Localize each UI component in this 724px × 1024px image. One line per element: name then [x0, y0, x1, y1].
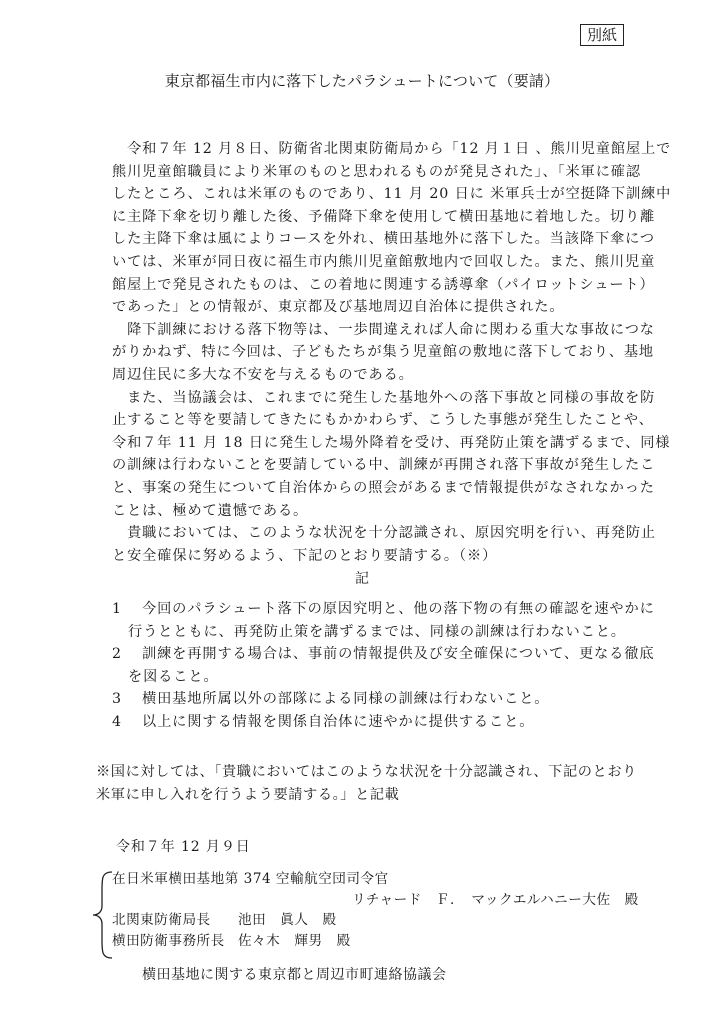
- body-line: ことは、極めて遺憾である。: [112, 500, 642, 523]
- body-line: に主降下傘を切り離した後、予備降下傘を使用して横田基地に着地した。切り離: [112, 206, 642, 229]
- request-text: 今回のパラシュート落下の原因究明と、他の落下物の有無の確認を速やかに: [142, 601, 655, 617]
- body-line: であった」との情報が、東京都及び基地周辺自治体に提供された。: [112, 296, 642, 319]
- recipient-2-title: 北関東防衛局長: [112, 912, 211, 928]
- body-line: の訓練は行わないことを要請している中、訓練が再開され落下事故が発生したこ: [112, 454, 642, 477]
- request-item-1: 1今回のパラシュート落下の原因究明と、他の落下物の有無の確認を速やかに: [112, 598, 642, 621]
- body-line: と安全確保に努めるよう、下記のとおり要請する。（※）: [112, 545, 642, 568]
- ki-heading: 記: [0, 568, 724, 588]
- recipients-block: 在日米軍横田基地第 374 空輸航空団司令官 リチャード Ｆ． マックエルハニー…: [112, 869, 652, 951]
- issue-date: 令和７年 12 月９日: [116, 836, 251, 856]
- sender-organization: 横田基地に関する東京都と周辺市町連絡協議会: [142, 964, 447, 984]
- body-line: 熊川児童館職員により米軍のものと思われるものが発見された」、「米軍に確認: [112, 161, 642, 184]
- request-text: 横田基地所属以外の部隊による同様の訓練は行わないこと。: [142, 691, 549, 707]
- body-line: 止すること等を要請してきたにもかかわらず、こうした事態が発生したことや、: [112, 409, 642, 432]
- body-line: 館屋上で発見されたものは、この着地に関連する誘導傘（パイロットシュート）: [112, 274, 642, 297]
- request-number: 3: [112, 688, 142, 711]
- request-text: 訓練を再開する場合は、事前の情報提供及び安全確保について、更なる徹底: [142, 646, 654, 662]
- body-line: 周辺住民に多大な不安を与えるものである。: [112, 364, 642, 387]
- recipient-3-name: 佐々木 輝男 殿: [238, 931, 351, 952]
- request-number: 1: [112, 598, 142, 621]
- body-text: 令和７年 12 月８日、防衛省北関東防衛局から「12 月１日 、熊川児童館屋上で…: [112, 138, 642, 567]
- recipient-3: 横田防衛事務所長 佐々木 輝男 殿: [112, 931, 652, 952]
- recipient-1-name: リチャード Ｆ． マックエルハニー大佐 殿: [112, 890, 652, 911]
- body-line: 貴職においては、このような状況を十分認識され、原因究明を行い、再発防止: [112, 522, 642, 545]
- document-title: 東京都福生市内に落下したパラシュートについて（要請）: [0, 70, 724, 91]
- footnote-line: 米軍に申し入れを行うよう要請する。」と記載: [96, 784, 656, 807]
- body-line: がりかねず、特に今回は、子どもたちが集う児童館の敷地に落下しており、基地: [112, 341, 642, 364]
- request-item-4: 4以上に関する情報を関係自治体に速やかに提供すること。: [112, 711, 642, 734]
- body-line: と、事案の発生について自治体からの照会があるまで情報提供がなされなかった: [112, 477, 642, 500]
- body-line: いては、米軍が同日夜に福生市内熊川児童館敷地内で回収した。また、熊川児童: [112, 251, 642, 274]
- document-page: 別紙 東京都福生市内に落下したパラシュートについて（要請） 令和７年 12 月８…: [0, 0, 724, 1024]
- footnote-line: ※国に対しては、「貴職においてはこのような状況を十分認識され、下記のとおり: [96, 761, 656, 784]
- recipient-3-title: 横田防衛事務所長: [112, 933, 225, 949]
- request-item-2: 2訓練を再開する場合は、事前の情報提供及び安全確保について、更なる徹底: [112, 643, 642, 666]
- body-line: また、当協議会は、これまでに発生した基地外への落下事故と同様の事故を防: [112, 387, 642, 410]
- attachment-label: 別紙: [580, 24, 624, 46]
- recipient-1-title: 在日米軍横田基地第 374 空輸航空団司令官: [112, 869, 652, 890]
- recipient-2-name: 池田 眞人 殿: [238, 910, 337, 931]
- request-number: 4: [112, 711, 142, 734]
- request-list: 1今回のパラシュート落下の原因究明と、他の落下物の有無の確認を速やかに 行うとと…: [112, 598, 642, 734]
- body-line: 降下訓練における落下物等は、一歩間違えれば人命に関わる重大な事故につな: [112, 319, 642, 342]
- request-item-3: 3横田基地所属以外の部隊による同様の訓練は行わないこと。: [112, 688, 642, 711]
- footnote: ※国に対しては、「貴職においてはこのような状況を十分認識され、下記のとおり 米軍…: [96, 761, 656, 806]
- curly-brace-icon: [92, 870, 114, 960]
- request-text: 以上に関する情報を関係自治体に速やかに提供すること。: [142, 714, 534, 730]
- body-line: 令和７年 12 月８日、防衛省北関東防衛局から「12 月１日 、熊川児童館屋上で: [112, 138, 642, 161]
- request-item-2-cont: を図ること。: [112, 666, 642, 689]
- recipient-2: 北関東防衛局長 池田 眞人 殿: [112, 910, 652, 931]
- body-line: 令和７年 11 月 18 日に発生した場外降着を受け、再発防止策を講ずるまで、同…: [112, 432, 642, 455]
- request-number: 2: [112, 643, 142, 666]
- body-line: した主降下傘は風によりコースを外れ、横田基地外に落下した。当該降下傘につ: [112, 228, 642, 251]
- request-item-1-cont: 行うとともに、再発防止策を講ずるまでは、同様の訓練は行わないこと。: [112, 621, 642, 644]
- body-line: したところ、これは米軍のものであり、11 月 20 日に 米軍兵士が空挺降下訓練…: [112, 183, 642, 206]
